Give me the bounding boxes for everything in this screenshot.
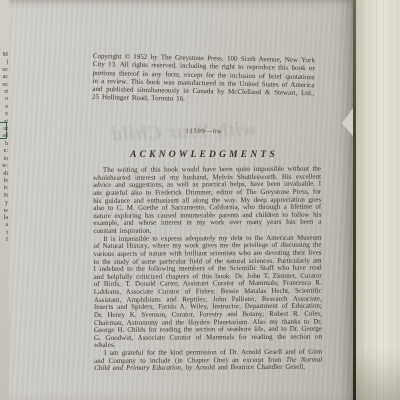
- clipped-text-fragments: M j oc ac oc rt o e x at ut ad h e: io w…: [2, 52, 8, 245]
- book-page: with Your Child Copyright © 1952 by The …: [9, 0, 353, 400]
- paragraph-3-continuation: by Arnold and Beatrice Chandler Gesell.: [183, 363, 305, 372]
- page-block-edge: [356, 0, 400, 400]
- acknowledgments-paragraph-3: I am grateful for the kind permission of…: [94, 349, 322, 373]
- acknowledgments-body: The writing of this book would have been…: [93, 166, 322, 373]
- acknowledgments-paragraph-2: It is impossible to express adequately m…: [93, 234, 322, 350]
- page-leaves-lines: [356, 0, 400, 400]
- book-page-photo: with Your Child Copyright © 1952 by The …: [0, 0, 400, 400]
- green-stamp-box: [0, 122, 7, 139]
- facing-page-sliver: M j oc ac oc rt o e x at ut ad h e: io w…: [0, 0, 9, 400]
- acknowledgments-paragraph-1: The writing of this book would have been…: [93, 166, 321, 236]
- copyright-notice: Copyright © 1952 by The Greystone Press,…: [92, 52, 315, 106]
- printer-stamp: 11599—6w: [93, 126, 315, 136]
- page-edge-highlight: [342, 108, 353, 136]
- acknowledgments-heading: ACKNOWLEDGMENTS: [87, 150, 321, 161]
- bottom-edge-shadow: [356, 348, 400, 400]
